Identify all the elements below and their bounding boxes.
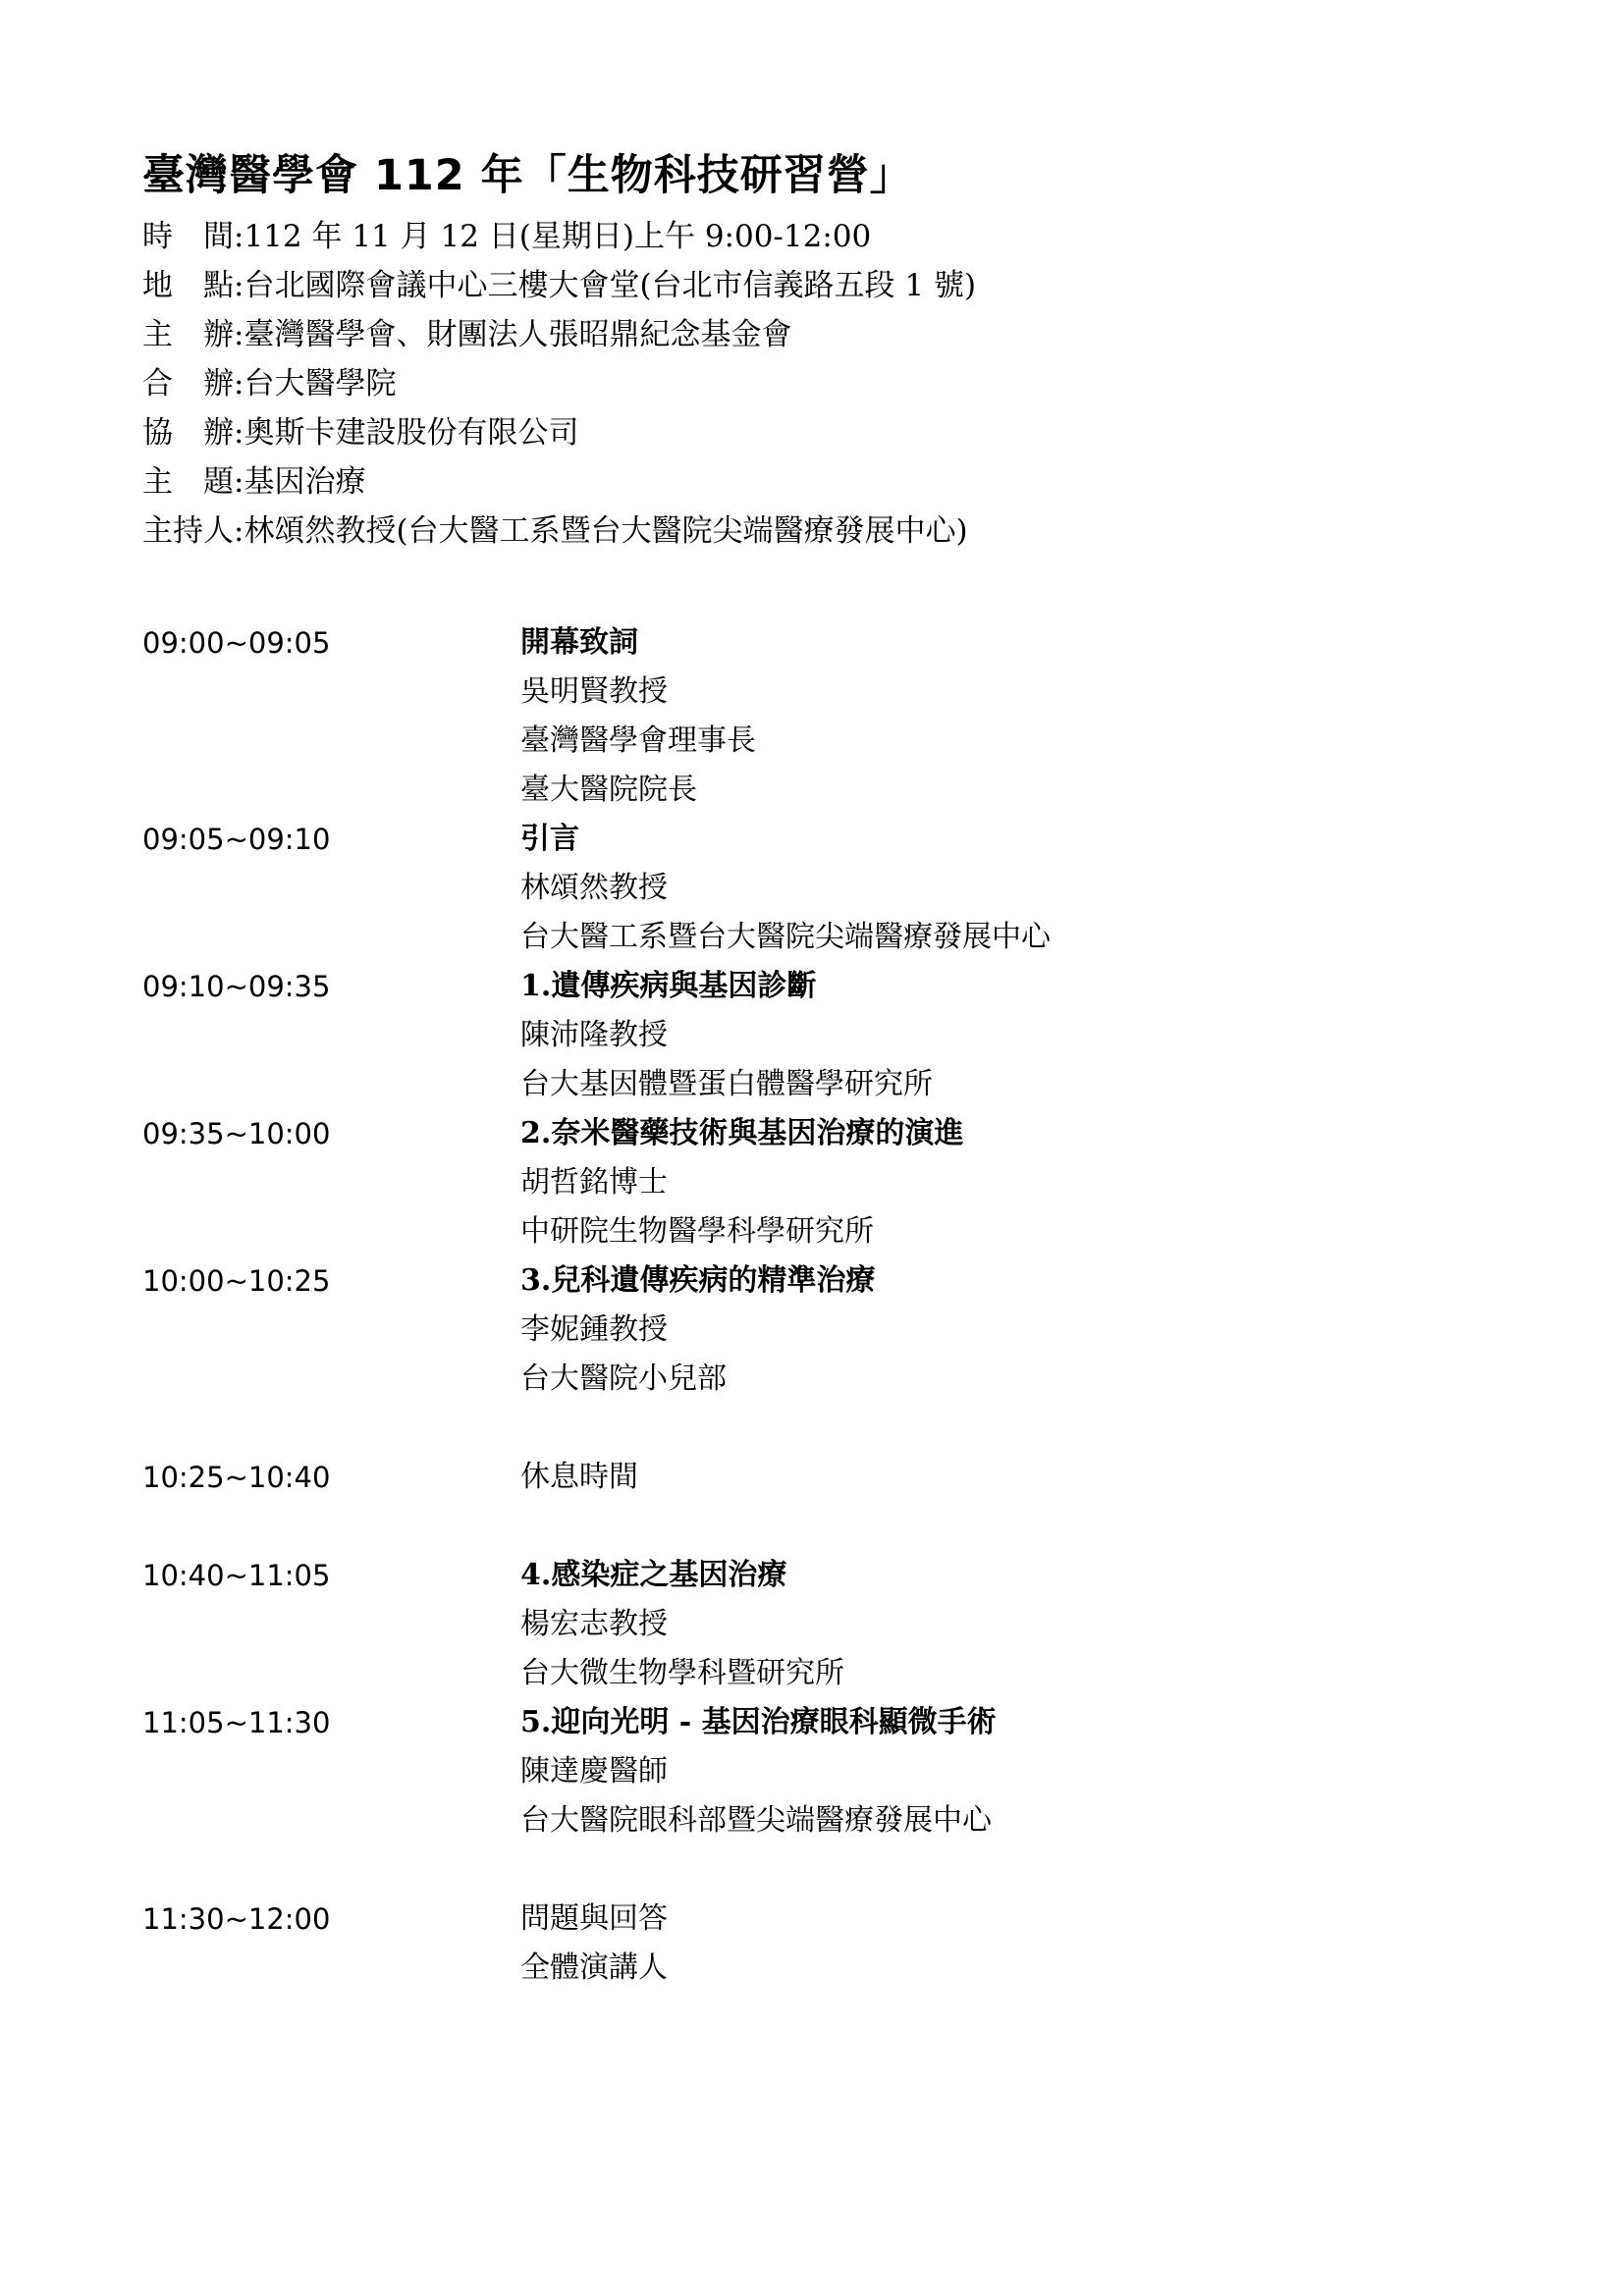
session-body: 引言 林頌然教授 台大醫工系暨台大醫院尖端醫療發展中心 — [520, 815, 1051, 962]
session-title: 1.遺傳疾病與基因診斷 — [520, 962, 933, 1011]
schedule-row-break: 10:25~10:40 休息時間 — [142, 1453, 1506, 1502]
session-affiliation: 臺灣醫學會理事長 — [520, 717, 756, 766]
meta-line-organizer: 主 辦:臺灣醫學會、財團法人張昭鼎紀念基金會 — [142, 310, 1506, 359]
schedule-row: 11:05~11:30 5.迎向光明 - 基因治療眼科顯微手術 陳達慶醫師 台大… — [142, 1698, 1506, 1845]
session-title: 問題與回答 — [520, 1895, 668, 1944]
schedule-row: 10:00~10:25 3.兒科遺傳疾病的精準治療 李妮鍾教授 台大醫院小兒部 — [142, 1256, 1506, 1404]
session-speaker: 胡哲銘博士 — [520, 1158, 963, 1207]
meta-line-co-organizer: 合 辦:台大醫學院 — [142, 359, 1506, 408]
session-body: 1.遺傳疾病與基因診斷 陳沛隆教授 台大基因體暨蛋白體醫學研究所 — [520, 962, 933, 1109]
session-title: 5.迎向光明 - 基因治療眼科顯微手術 — [520, 1698, 997, 1747]
session-speaker: 林頌然教授 — [520, 864, 1051, 913]
meta-line-time: 時 間:112 年 11 月 12 日(星期日)上午 9:00-12:00 — [142, 212, 1506, 261]
meta-line-supporter: 協 辦:奧斯卡建設股份有限公司 — [142, 408, 1506, 457]
schedule-row: 10:40~11:05 4.感染症之基因治療 楊宏志教授 台大微生物學科暨研究所 — [142, 1551, 1506, 1698]
schedule: 09:00~09:05 開幕致詞 吳明賢教授 臺灣醫學會理事長 臺大醫院院長 0… — [142, 618, 1506, 1993]
document-page: 臺灣醫學會 112 年「生物科技研習營」 時 間:112 年 11 月 12 日… — [0, 0, 1624, 2296]
session-speaker: 楊宏志教授 — [520, 1600, 844, 1649]
session-title: 開幕致詞 — [520, 618, 756, 667]
schedule-row: 09:00~09:05 開幕致詞 吳明賢教授 臺灣醫學會理事長 臺大醫院院長 — [142, 618, 1506, 815]
session-time: 10:40~11:05 — [142, 1551, 520, 1600]
session-title: 2.奈米醫藥技術與基因治療的演進 — [520, 1109, 963, 1158]
session-time: 10:25~10:40 — [142, 1453, 520, 1502]
schedule-row: 09:05~09:10 引言 林頌然教授 台大醫工系暨台大醫院尖端醫療發展中心 — [142, 815, 1506, 962]
session-speaker: 陳沛隆教授 — [520, 1011, 933, 1060]
session-body: 3.兒科遺傳疾病的精準治療 李妮鍾教授 台大醫院小兒部 — [520, 1256, 875, 1404]
meta-block: 時 間:112 年 11 月 12 日(星期日)上午 9:00-12:00 地 … — [142, 212, 1506, 556]
document-title: 臺灣醫學會 112 年「生物科技研習營」 — [142, 145, 1506, 206]
session-time: 10:00~10:25 — [142, 1256, 520, 1306]
meta-line-location: 地 點:台北國際會議中心三樓大會堂(台北市信義路五段 1 號) — [142, 261, 1506, 310]
schedule-row-qa: 11:30~12:00 問題與回答 全體演講人 — [142, 1895, 1506, 1993]
session-body: 問題與回答 全體演講人 — [520, 1895, 668, 1993]
session-affiliation: 台大醫工系暨台大醫院尖端醫療發展中心 — [520, 913, 1051, 962]
session-body: 2.奈米醫藥技術與基因治療的演進 胡哲銘博士 中研院生物醫學科學研究所 — [520, 1109, 963, 1256]
session-body: 開幕致詞 吳明賢教授 臺灣醫學會理事長 臺大醫院院長 — [520, 618, 756, 815]
session-affiliation: 台大醫院小兒部 — [520, 1355, 875, 1404]
session-title: 3.兒科遺傳疾病的精準治療 — [520, 1256, 875, 1306]
session-title: 休息時間 — [520, 1453, 638, 1502]
document-content: 臺灣醫學會 112 年「生物科技研習營」 時 間:112 年 11 月 12 日… — [142, 145, 1506, 1993]
session-speaker: 李妮鍾教授 — [520, 1306, 875, 1355]
session-title: 引言 — [520, 815, 1051, 864]
session-speaker: 全體演講人 — [520, 1944, 668, 1993]
session-body: 休息時間 — [520, 1453, 638, 1502]
schedule-row: 09:10~09:35 1.遺傳疾病與基因診斷 陳沛隆教授 台大基因體暨蛋白體醫… — [142, 962, 1506, 1109]
meta-line-moderator: 主持人:林頌然教授(台大醫工系暨台大醫院尖端醫療發展中心) — [142, 507, 1506, 556]
session-time: 09:10~09:35 — [142, 962, 520, 1011]
session-affiliation: 臺大醫院院長 — [520, 766, 756, 815]
session-affiliation: 中研院生物醫學科學研究所 — [520, 1207, 963, 1256]
session-time: 09:05~09:10 — [142, 815, 520, 864]
session-time: 09:35~10:00 — [142, 1109, 520, 1158]
session-speaker: 吳明賢教授 — [520, 667, 756, 717]
session-title: 4.感染症之基因治療 — [520, 1551, 844, 1600]
session-body: 4.感染症之基因治療 楊宏志教授 台大微生物學科暨研究所 — [520, 1551, 844, 1698]
session-affiliation: 台大基因體暨蛋白體醫學研究所 — [520, 1060, 933, 1109]
schedule-row: 09:35~10:00 2.奈米醫藥技術與基因治療的演進 胡哲銘博士 中研院生物… — [142, 1109, 1506, 1256]
meta-line-theme: 主 題:基因治療 — [142, 457, 1506, 507]
session-affiliation: 台大醫院眼科部暨尖端醫療發展中心 — [520, 1796, 997, 1845]
session-time: 11:30~12:00 — [142, 1895, 520, 1944]
session-time: 09:00~09:05 — [142, 618, 520, 667]
session-affiliation: 台大微生物學科暨研究所 — [520, 1649, 844, 1698]
session-body: 5.迎向光明 - 基因治療眼科顯微手術 陳達慶醫師 台大醫院眼科部暨尖端醫療發展… — [520, 1698, 997, 1845]
session-speaker: 陳達慶醫師 — [520, 1747, 997, 1796]
session-time: 11:05~11:30 — [142, 1698, 520, 1747]
